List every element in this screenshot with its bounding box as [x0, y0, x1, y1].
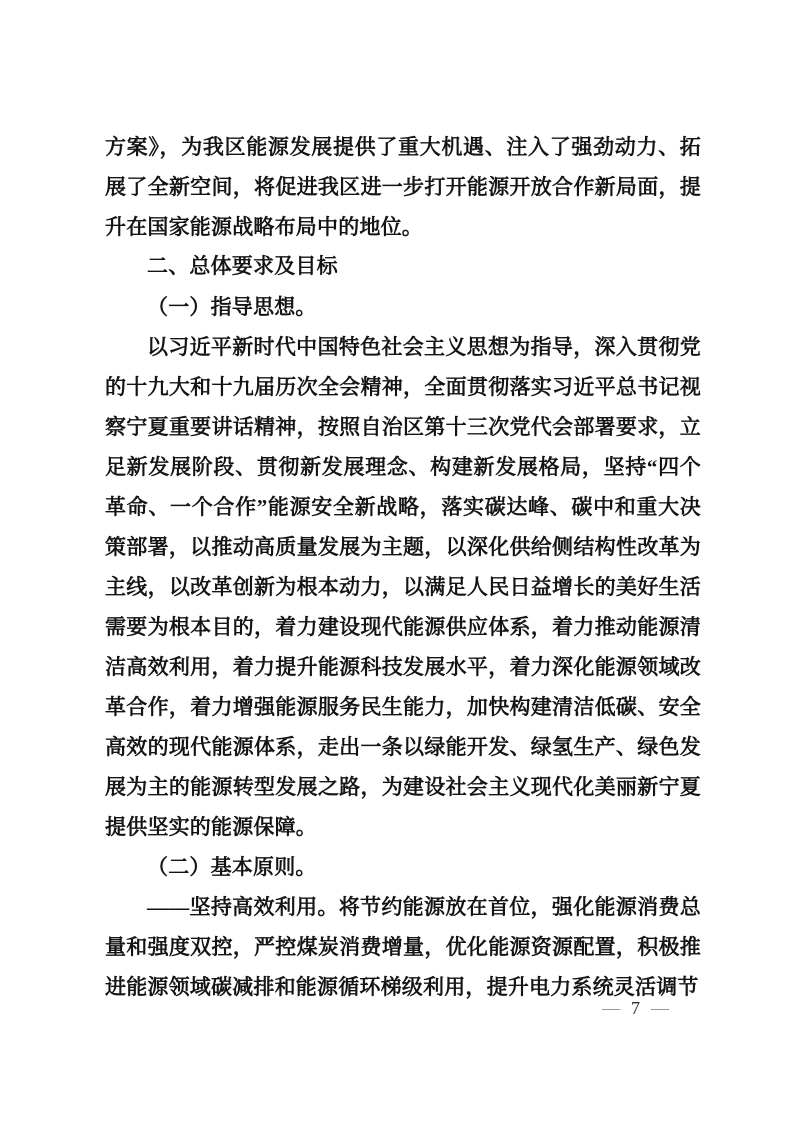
page-footer: — 7 —: [588, 997, 683, 1019]
document-page: 方案》，为我区能源发展提供了重大机遇、注入了强劲动力、拓展了全新空间，将促进我区…: [0, 0, 794, 1123]
footer-dash-left: —: [602, 997, 620, 1019]
page-content: 方案》，为我区能源发展提供了重大机遇、注入了强劲动力、拓展了全新空间，将促进我区…: [105, 127, 701, 1007]
section-heading: 二、总体要求及目标: [105, 247, 701, 287]
page-number: 7: [631, 997, 640, 1019]
subsection-heading-basic-principles: （二）基本原则。: [105, 847, 701, 887]
continued-paragraph: 方案》，为我区能源发展提供了重大机遇、注入了强劲动力、拓展了全新空间，将促进我区…: [105, 127, 701, 247]
footer-dash-right: —: [651, 997, 669, 1019]
subsection-heading-guiding-ideology: （一）指导思想。: [105, 287, 701, 327]
paragraph-principle-efficient-use: ——坚持高效利用。将节约能源放在首位，强化能源消费总量和强度双控，严控煤炭消费增…: [105, 887, 701, 1007]
paragraph-guiding-ideology: 以习近平新时代中国特色社会主义思想为指导，深入贯彻党的十九大和十九届历次全会精神…: [105, 327, 701, 847]
